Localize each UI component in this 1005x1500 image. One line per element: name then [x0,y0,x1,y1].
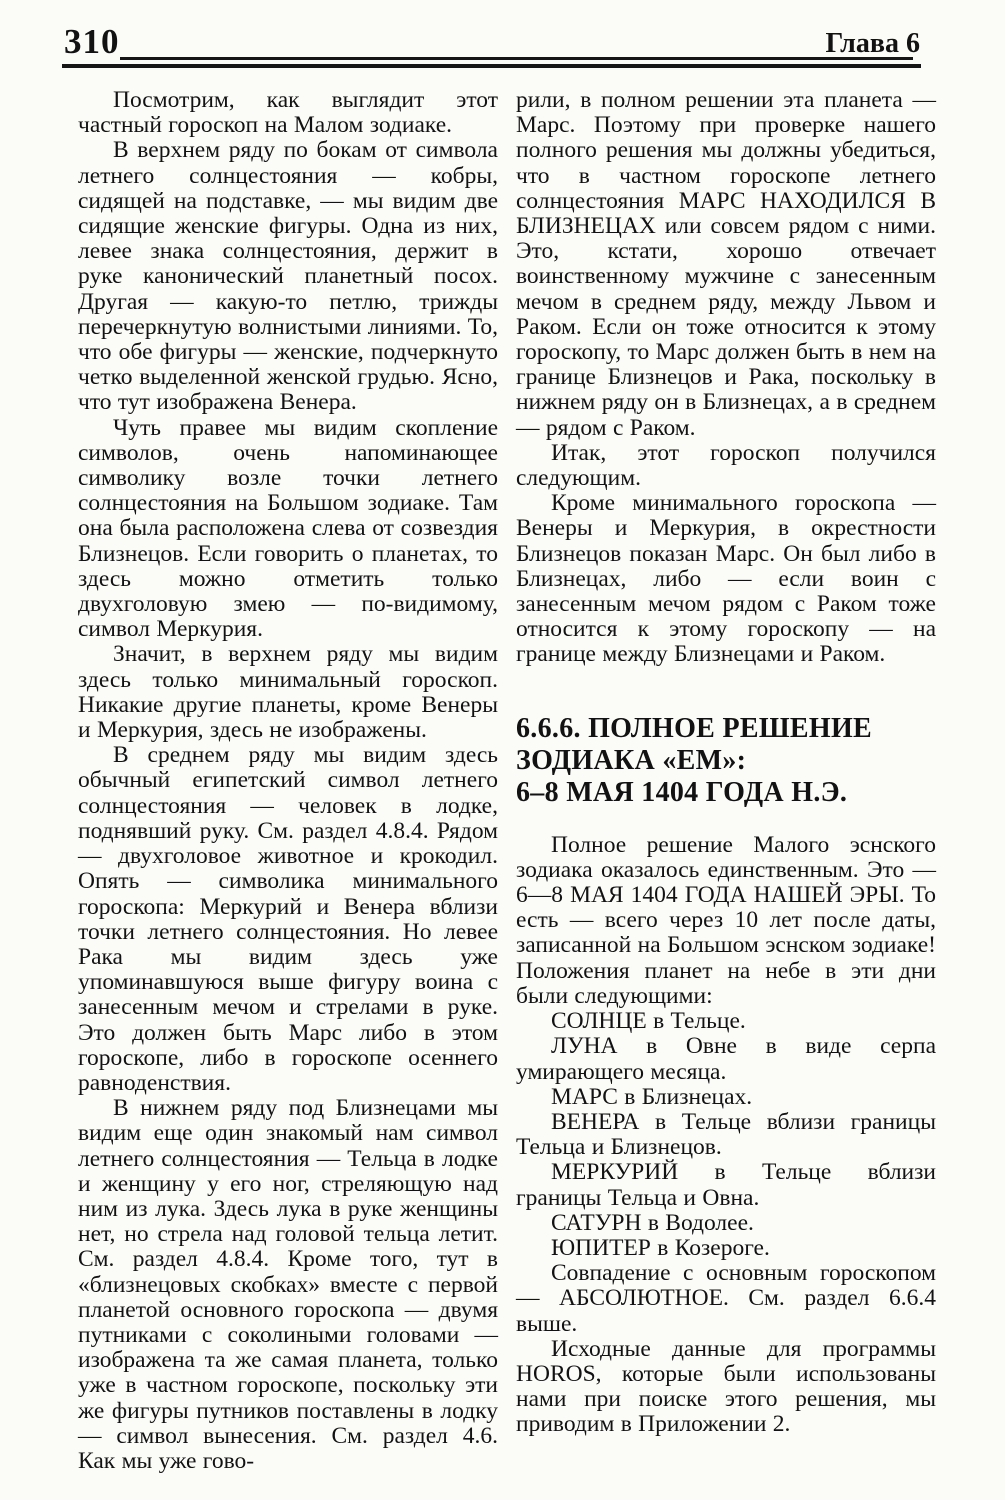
paragraph: Посмотрим, как выглядит этот частный гор… [78,88,498,138]
planet-position-line: САТУРН в Водолее. [516,1211,936,1236]
planet-position-line: СОЛНЦЕ в Тельце. [516,1009,936,1034]
header-rule-bottom [62,64,921,68]
paragraph: Исходные данные для программы HOROS, кот… [516,1337,936,1438]
chapter-label: Глава 6 [826,30,921,58]
paragraph: Итак, этот гороскоп получился следующим. [516,441,936,491]
header-rule-top [120,57,913,60]
paragraph: В верхнем ряду по бокам от символа летне… [78,138,498,415]
paragraph: В нижнем ряду под Близнецами мы видим ещ… [78,1096,498,1474]
section-heading-line: 6–8 МАЯ 1404 ГОДА Н.Э. [516,777,936,809]
planet-position-line: МЕРКУРИЙ в Тельце вблизи границы Тельца … [516,1160,936,1210]
book-page: 310 Глава 6 Посмотрим, как выглядит этот… [0,0,1005,1500]
planet-position-line: ЛУНА в Овне в виде серпа умирающего меся… [516,1034,936,1084]
paragraph-continuation: рили, в полном решении эта планета — Мар… [516,88,936,441]
paragraph: Значит, в верхнем ряду мы видим здесь то… [78,642,498,743]
paragraph: Полное решение Малого эснского зодиака о… [516,833,936,1009]
paragraph: В среднем ряду мы видим здесь обычный ег… [78,743,498,1096]
right-column: рили, в полном решении эта планета — Мар… [516,88,936,1438]
paragraph: Кроме минимального гороскопа — Венеры и … [516,491,936,667]
planet-position-line: ВЕНЕРА в Тельце вблизи границы Тельца и … [516,1110,936,1160]
paragraph: Чуть правее мы видим скопление символов,… [78,416,498,643]
section-heading-line: 6.6.6. ПОЛНОЕ РЕШЕНИЕ [516,713,936,745]
running-head: 310 Глава 6 [0,0,1005,72]
paragraph: Совпадение с основным гороскопом — АБСОЛ… [516,1261,936,1337]
two-column-text-body: Посмотрим, как выглядит этот частный гор… [78,88,936,1474]
section-heading-line: ЗОДИАКА «ЕМ»: [516,745,936,777]
planet-position-line: ЮПИТЕР в Козероге. [516,1236,936,1261]
planet-position-line: МАРС в Близнецах. [516,1085,936,1110]
left-column: Посмотрим, как выглядит этот частный гор… [78,88,498,1474]
page-number: 310 [64,24,120,59]
section-heading: 6.6.6. ПОЛНОЕ РЕШЕНИЕ ЗОДИАКА «ЕМ»: 6–8 … [516,713,936,809]
